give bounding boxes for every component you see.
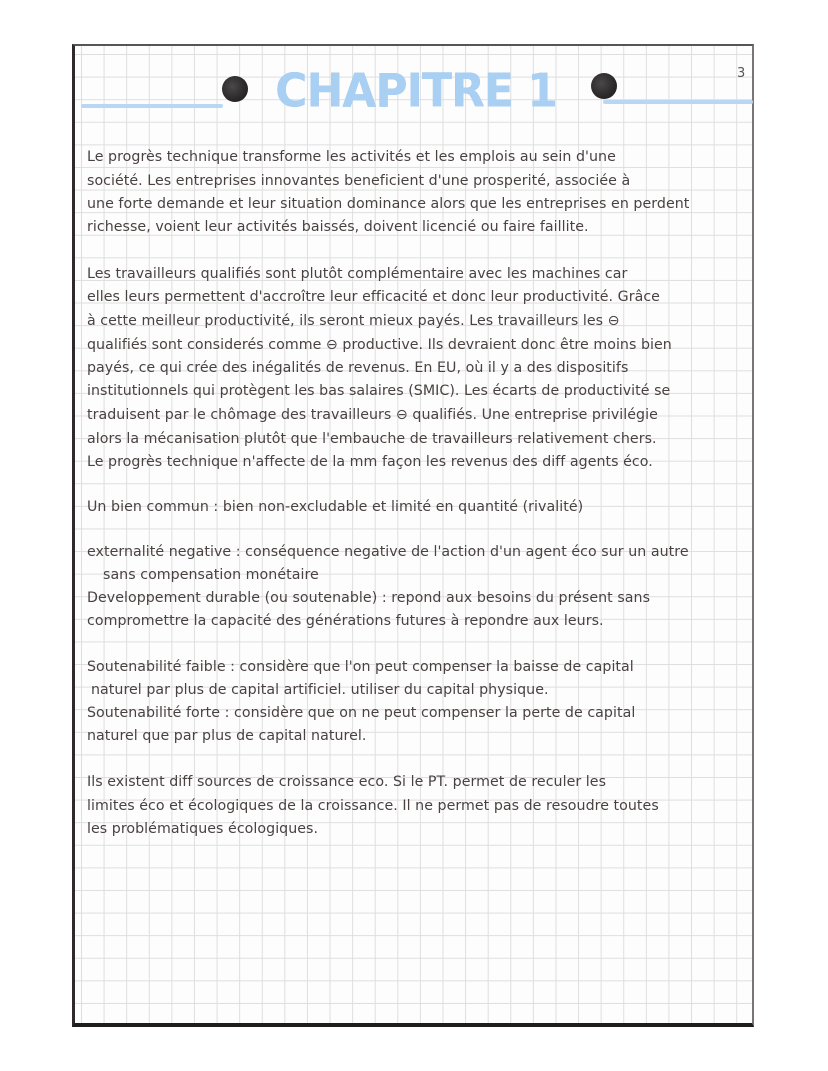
text-line: une forte demande et leur situation domi… <box>87 195 689 213</box>
text-line: qualifiés sont considerés comme ⊖ produc… <box>87 336 672 354</box>
page-number: 3 <box>737 66 745 81</box>
chapter-title: CHAPITRE 1 <box>251 67 581 117</box>
notebook-page: CHAPITRE 1 3 Le progrès technique transf… <box>72 44 754 1027</box>
text-line: Le progrès technique n'affecte de la mm … <box>87 453 653 471</box>
text-line: richesse, voient leur activités baissés,… <box>87 218 589 236</box>
text-line: société. Les entreprises innovantes bene… <box>87 172 630 190</box>
text-line: à cette meilleur productivité, ils seron… <box>87 312 620 330</box>
text-line: Le progrès technique transforme les acti… <box>87 148 616 166</box>
text-line: traduisent par le chômage des travailleu… <box>87 406 658 424</box>
text-line: Soutenabilité forte : considère que on n… <box>87 704 635 722</box>
text-line: Soutenabilité faible : considère que l'o… <box>87 658 634 676</box>
bullet-dot-icon <box>222 76 248 102</box>
text-line: Ils existent diff sources de croissance … <box>87 773 606 791</box>
title-underline-right <box>603 100 753 104</box>
text-line: elles leurs permettent d'accroître leur … <box>87 288 660 306</box>
text-line: limites éco et écologiques de la croissa… <box>87 797 659 815</box>
text-line: alors la mécanisation plutôt que l'embau… <box>87 430 657 448</box>
text-line: Un bien commun : bien non-excludable et … <box>87 498 583 516</box>
text-line: les problématiques écologiques. <box>87 820 318 838</box>
title-underline-left <box>81 104 223 108</box>
text-line: Developpement durable (ou soutenable) : … <box>87 589 650 607</box>
chapter-header: CHAPITRE 1 3 <box>75 46 752 136</box>
text-line: naturel que par plus de capital naturel. <box>87 727 366 745</box>
text-line: externalité negative : conséquence negat… <box>87 543 689 561</box>
text-line: compromettre la capacité des générations… <box>87 612 604 630</box>
text-line: institutionnels qui protègent les bas sa… <box>87 382 670 400</box>
bullet-dot-icon <box>591 73 617 99</box>
text-line: sans compensation monétaire <box>103 566 319 584</box>
text-line: naturel par plus de capital artificiel. … <box>91 681 549 699</box>
text-line: Les travailleurs qualifiés sont plutôt c… <box>87 265 627 283</box>
text-line: payés, ce qui crée des inégalités de rev… <box>87 359 628 377</box>
